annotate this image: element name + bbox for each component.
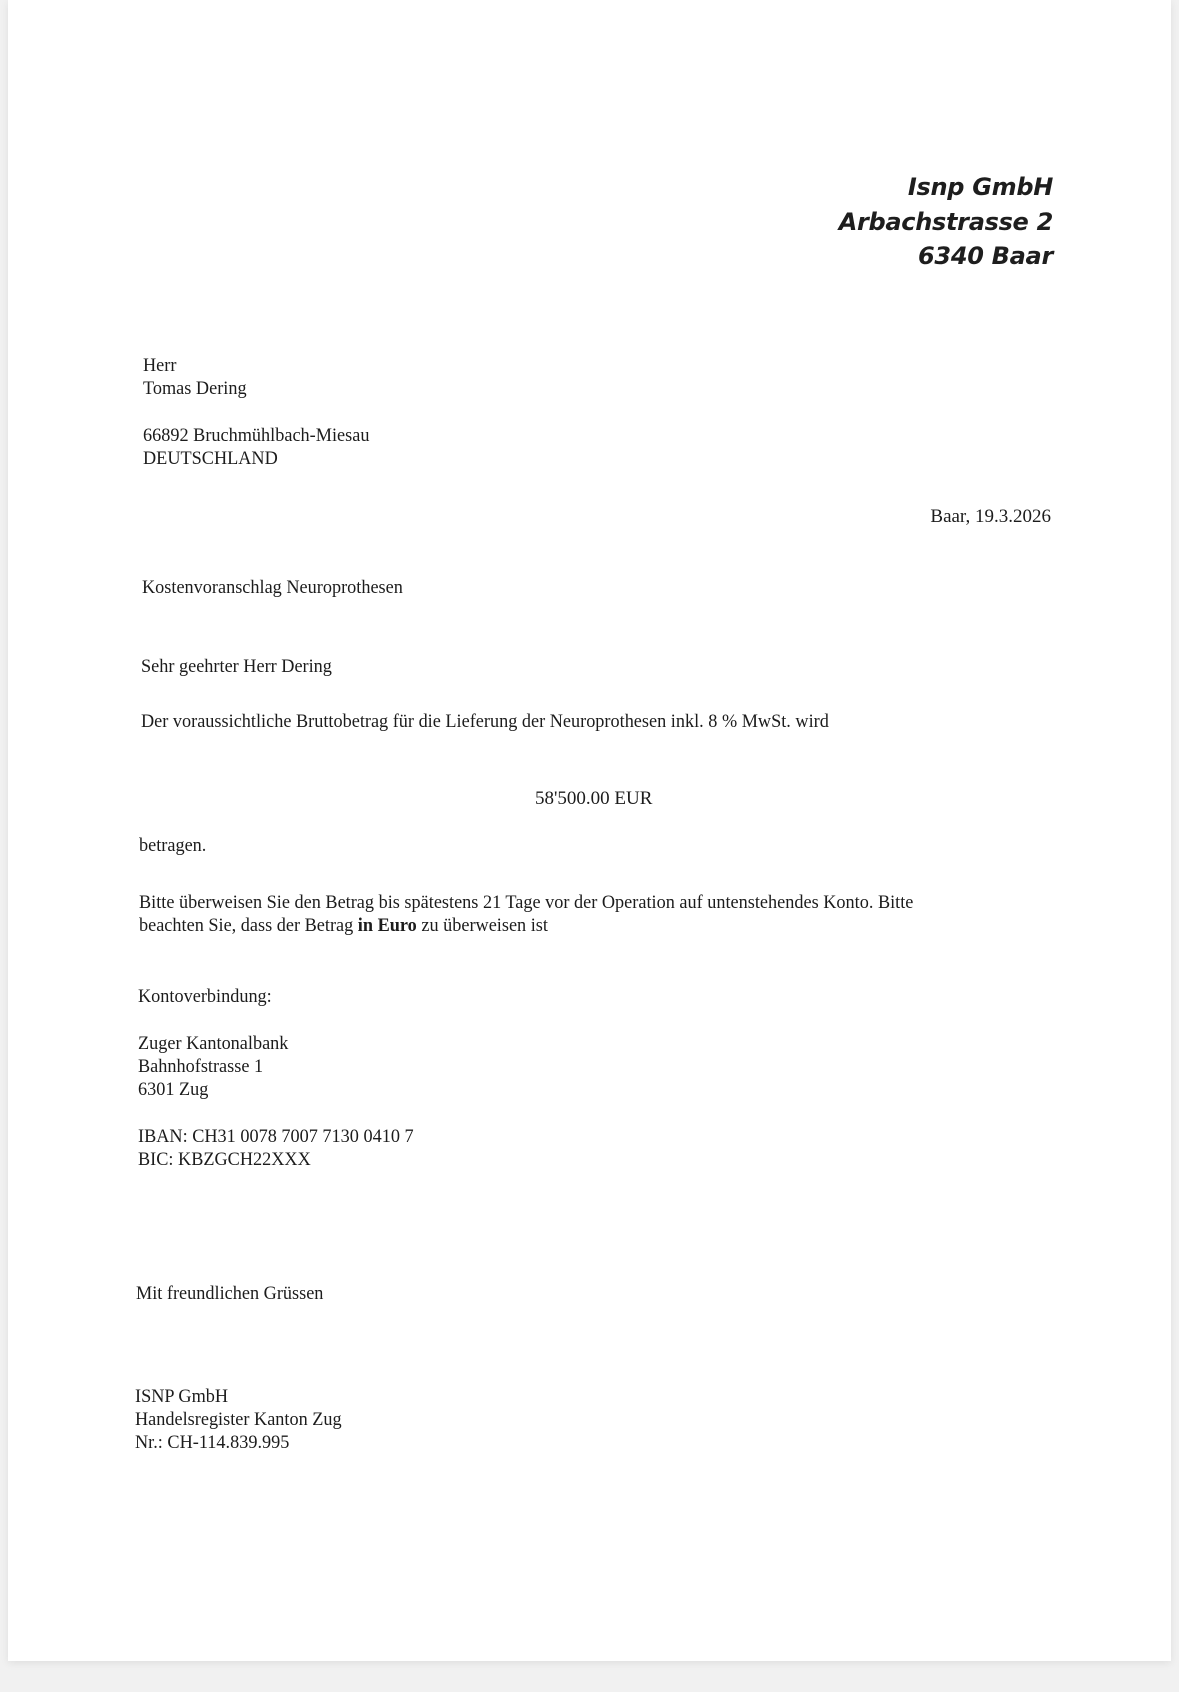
payment-line-2-pre: beachten Sie, dass der Betrag [139, 915, 358, 936]
bank-details: Kontoverbindung: Zuger Kantonalbank Bahn… [138, 985, 414, 1171]
sender-company: Isnp GmbH [839, 170, 1053, 205]
payment-instructions: Bitte überweisen Sie den Betrag bis spät… [139, 891, 913, 937]
sender-street: Arbachstrasse 2 [839, 205, 1053, 240]
footer-register: Handelsregister Kanton Zug [135, 1408, 342, 1431]
subject-line: Kostenvoranschlag Neuroprothesen [142, 576, 403, 599]
payment-line-2: beachten Sie, dass der Betrag in Euro zu… [139, 914, 913, 937]
footer-register-number: Nr.: CH-114.839.995 [135, 1431, 342, 1454]
recipient-address: Herr Tomas Dering 66892 Bruchmühlbach-Mi… [143, 354, 369, 470]
amount-value: 58'500.00 EUR [535, 787, 652, 810]
body-closing-word: betragen. [139, 834, 206, 857]
letter-page: Isnp GmbH Arbachstrasse 2 6340 Baar Herr… [8, 0, 1171, 1661]
recipient-country: DEUTSCHLAND [143, 447, 369, 470]
sender-address: Isnp GmbH Arbachstrasse 2 6340 Baar [839, 170, 1053, 274]
bank-name: Zuger Kantonalbank [138, 1032, 414, 1055]
footer-company: ISNP GmbH [135, 1385, 342, 1408]
recipient-name: Tomas Dering [143, 377, 369, 400]
recipient-city: 66892 Bruchmühlbach-Miesau [143, 424, 369, 447]
bank-bic: BIC: KBZGCH22XXX [138, 1148, 414, 1171]
bank-heading: Kontoverbindung: [138, 985, 414, 1008]
place-date: Baar, 19.3.2026 [930, 505, 1051, 528]
greeting: Sehr geehrter Herr Dering [141, 655, 332, 678]
recipient-salutation: Herr [143, 354, 369, 377]
bank-street: Bahnhofstrasse 1 [138, 1055, 414, 1078]
bank-iban: IBAN: CH31 0078 7007 7130 0410 7 [138, 1125, 414, 1148]
payment-currency-emphasis: in Euro [358, 915, 417, 936]
payment-line-2-post: zu überweisen ist [417, 915, 548, 936]
closing-phrase: Mit freundlichen Grüssen [136, 1282, 323, 1305]
bank-city: 6301 Zug [138, 1078, 414, 1101]
sender-city: 6340 Baar [839, 239, 1053, 274]
footer-company-info: ISNP GmbH Handelsregister Kanton Zug Nr.… [135, 1385, 342, 1454]
body-intro: Der voraussichtliche Bruttobetrag für di… [141, 710, 829, 733]
payment-line-1: Bitte überweisen Sie den Betrag bis spät… [139, 891, 913, 914]
